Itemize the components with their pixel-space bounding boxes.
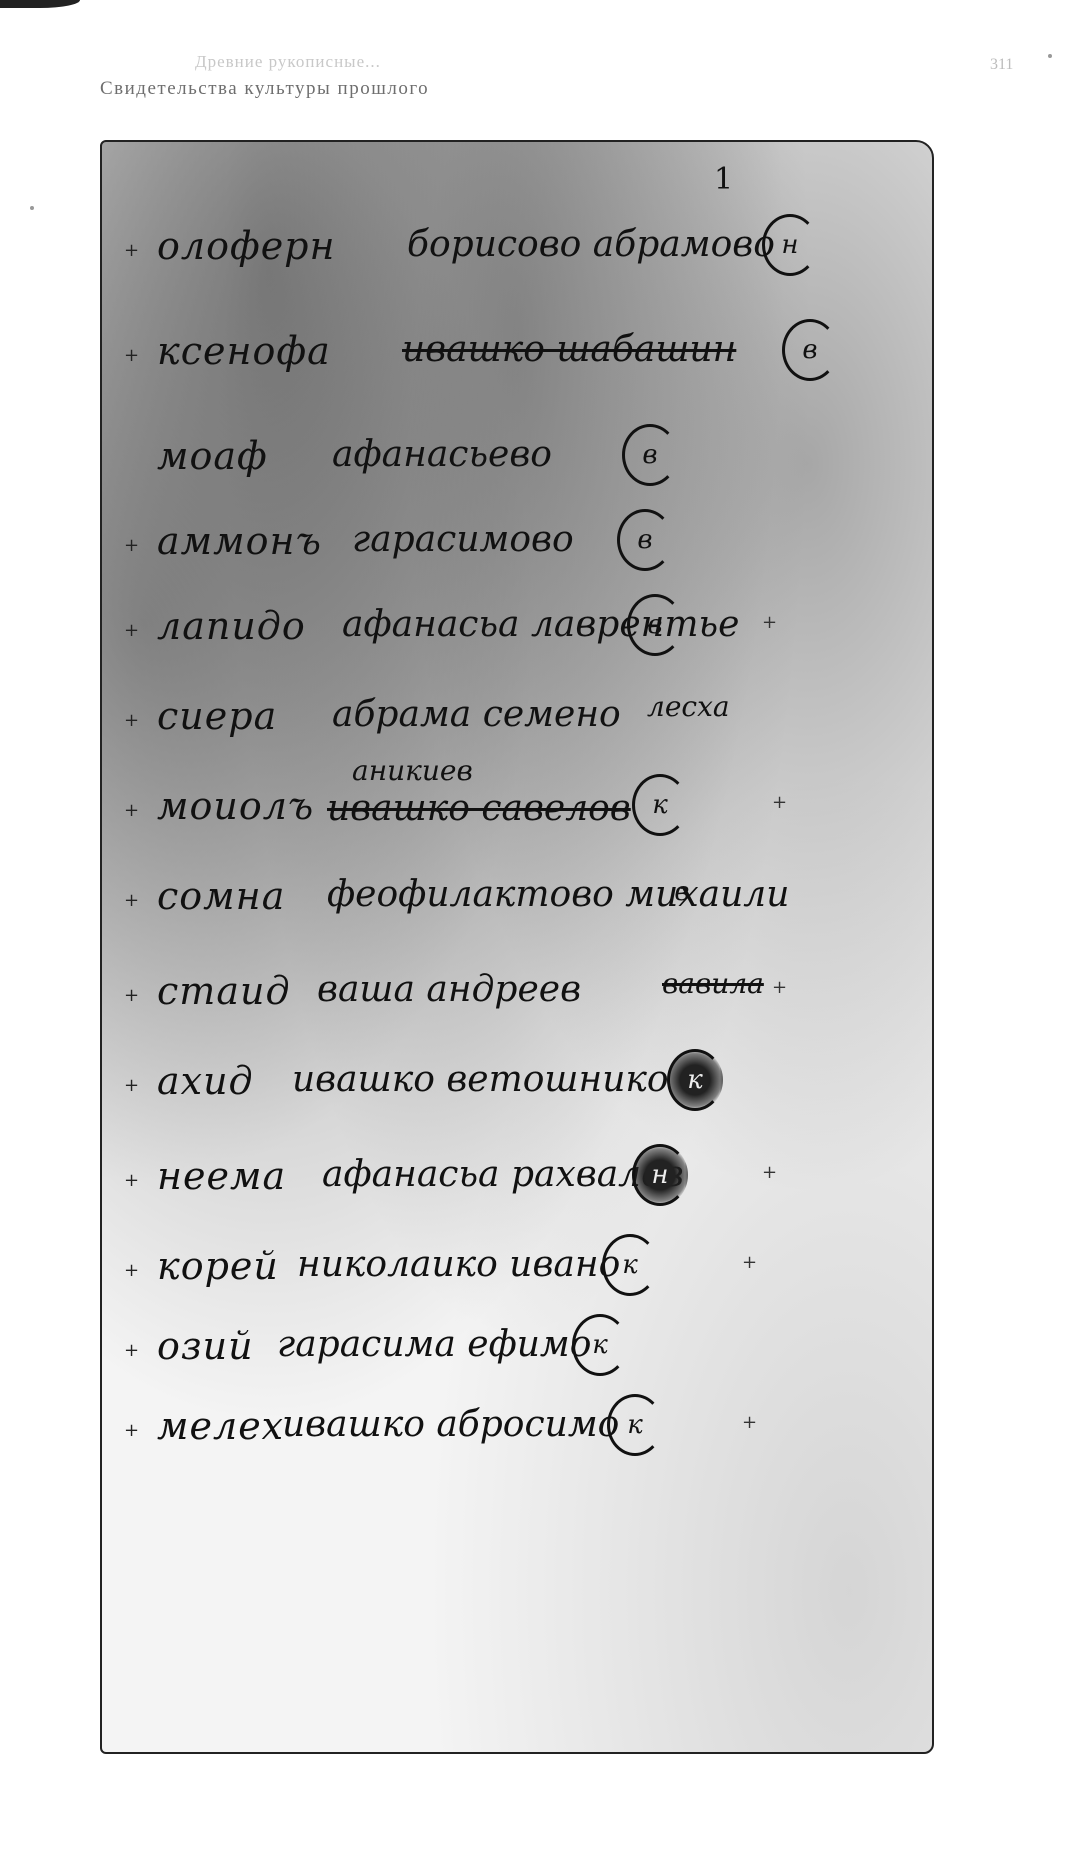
entry-name: лапидо <box>157 604 306 648</box>
cross-mark-icon: + <box>742 1252 757 1273</box>
cross-mark-icon: + <box>124 985 139 1006</box>
seal-mark-icon: в <box>617 509 673 571</box>
entry-patronymic: ивашко ветошнико <box>292 1059 669 1100</box>
cross-mark-icon: + <box>762 612 777 633</box>
seal-mark-icon: к <box>632 774 688 836</box>
cross-mark-icon: + <box>762 1162 777 1183</box>
manuscript-entry: + ахид ивашко ветошнико к <box>102 1037 932 1127</box>
manuscript-entry: + сиера абрама семено лесха <box>102 672 932 762</box>
manuscript-entry: + аммонъ гарасимово в <box>102 497 932 587</box>
cross-mark-icon: + <box>124 240 139 261</box>
cross-mark-icon: + <box>124 535 139 556</box>
seal-mark-icon: к <box>607 1394 663 1456</box>
cross-mark-icon: + <box>124 710 139 731</box>
seal-mark-icon: н <box>632 1144 688 1206</box>
manuscript-entry: + моиолъ аникиев ивашко савелов к + <box>102 762 932 852</box>
entry-name: сиера <box>157 694 277 738</box>
manuscript-entry: + корей николаико ивано к + <box>102 1222 932 1312</box>
manuscript-entry: + лапидо афанасьа лаврентье в + <box>102 582 932 672</box>
entry-name: ахид <box>157 1059 254 1103</box>
manuscript-entry: + мелех ивашко абросимо к + <box>102 1382 932 1472</box>
entry-patronymic: ивашко савелов <box>327 788 631 829</box>
entry-patronymic: афанасьево <box>332 434 552 475</box>
seal-mark-icon: к <box>572 1314 628 1376</box>
entry-name: олоферн <box>157 224 336 268</box>
manuscript-entry: + олоферн борисово абрамово н <box>102 202 932 292</box>
cross-mark-icon: + <box>772 977 787 998</box>
scan-corner-artifact <box>0 0 80 8</box>
seal-mark-icon: к <box>667 1049 723 1111</box>
cross-mark-icon: + <box>124 1420 139 1441</box>
cross-mark-icon: + <box>124 1260 139 1281</box>
entry-patronymic: ваша андреев <box>317 969 581 1010</box>
entry-name: сомна <box>157 874 285 918</box>
seal-mark-icon: в <box>622 424 678 486</box>
seal-mark-icon: н <box>762 214 818 276</box>
entry-patronymic: ивашко абросимо <box>282 1404 619 1445</box>
cross-mark-icon: + <box>124 1340 139 1361</box>
entry-annotation: лесха <box>647 690 730 723</box>
entry-name: моаф <box>157 434 268 478</box>
cross-mark-icon: + <box>124 345 139 366</box>
manuscript-entry: + ксенофа ивашко шабашин в <box>102 307 932 397</box>
entry-name: стаид <box>157 969 291 1013</box>
manuscript-page: 1 + олоферн борисово абрамово н + ксеноф… <box>100 140 934 1754</box>
cross-mark-icon: + <box>124 890 139 911</box>
entry-name: озий <box>157 1324 254 1368</box>
cross-mark-icon: + <box>124 620 139 641</box>
entry-patronymic: феофилактово михаили <box>327 874 789 915</box>
manuscript-entry: + стаид ваша андреев вавила + <box>102 947 932 1037</box>
entry-patronymic: гарасимово <box>352 519 574 560</box>
entry-patronymic: ивашко шабашин <box>402 329 736 370</box>
folio-mark: 1 <box>714 162 733 197</box>
entry-name: ксенофа <box>157 329 331 373</box>
entry-name: неема <box>157 1154 286 1198</box>
entry-patronymic: борисово абрамово <box>407 224 775 265</box>
manuscript-entry: + озий гарасима ефимо к <box>102 1302 932 1392</box>
seal-mark-icon: к <box>602 1234 658 1296</box>
entry-annotation: аникиев <box>352 754 473 787</box>
entry-name: корей <box>157 1244 279 1288</box>
entry-patronymic: абрама семено <box>332 694 621 735</box>
cross-mark-icon: + <box>772 792 787 813</box>
manuscript-entry: + сомна феофилактово михаили в <box>102 852 932 942</box>
running-head: Свидетельства культуры прошлого <box>100 78 429 100</box>
entry-patronymic: гарасима ефимо <box>277 1324 591 1365</box>
cross-mark-icon: + <box>124 800 139 821</box>
seal-mark-icon: в <box>657 864 707 920</box>
entry-name: моиолъ <box>157 784 314 828</box>
entry-patronymic: афанасьа рахвалов <box>322 1154 684 1195</box>
seal-mark-icon: в <box>782 319 838 381</box>
manuscript-entry: моаф афанасьево в <box>102 412 932 502</box>
entry-name: мелех <box>157 1404 284 1448</box>
scan-speck <box>1048 54 1052 58</box>
entry-annotation: вавила <box>662 967 764 1000</box>
manuscript-entry: + неема афанасьа рахвалов н + <box>102 1132 932 1222</box>
cross-mark-icon: + <box>742 1412 757 1433</box>
running-head-faded: Древние рукописные... <box>195 52 381 72</box>
cross-mark-icon: + <box>124 1075 139 1096</box>
page-number: 311 <box>990 56 1013 74</box>
scan-speck <box>30 206 34 210</box>
cross-mark-icon: + <box>124 1170 139 1191</box>
entry-patronymic: николаико ивано <box>297 1244 620 1285</box>
entry-name: аммонъ <box>157 519 322 563</box>
seal-mark-icon: в <box>627 594 683 656</box>
